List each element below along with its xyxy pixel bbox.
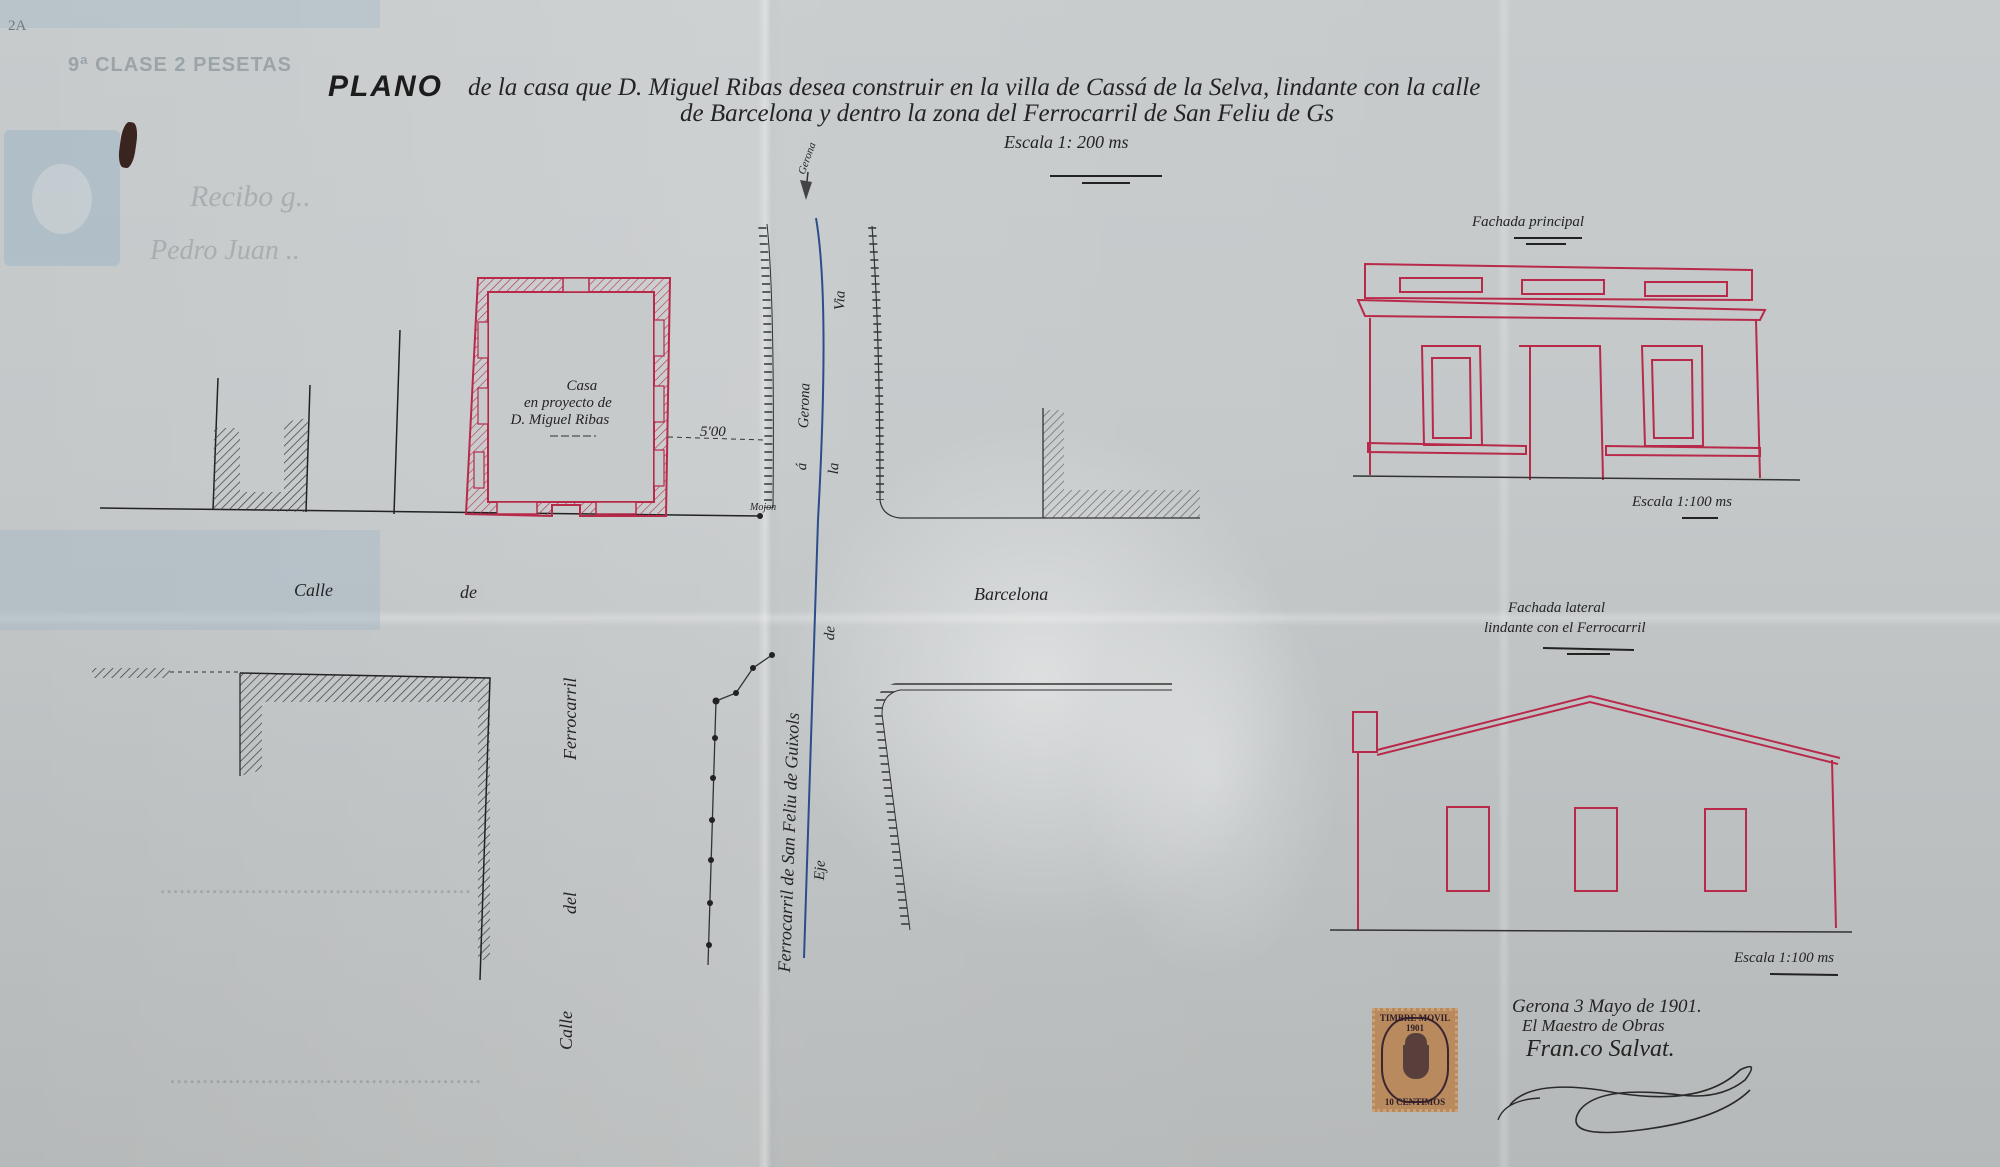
front-elevation [1353, 238, 1800, 518]
side-elevation-subtitle: lindante con el Ferrocarril [1484, 620, 1646, 637]
street-barcelona: Barcelona [974, 584, 1048, 605]
side-elevation-scale: Escala 1:100 ms [1734, 950, 1834, 967]
side-elevation [1330, 648, 1852, 975]
house-label-line: en proyecto de [524, 395, 612, 412]
boundary-markers [706, 513, 775, 965]
axis-eje: Eje [812, 860, 830, 881]
tax-stamp-top: TIMBRE MOVIL 1901 [1375, 1013, 1455, 1033]
street-calle-vertical: Calle [556, 1011, 577, 1050]
signature-name: Fran.co Salvat. [1526, 1036, 1675, 1063]
street-de: de [460, 582, 477, 603]
axis-via: Via [832, 290, 850, 310]
street-calle: Calle [294, 580, 333, 601]
front-elevation-scale: Escala 1:100 ms [1632, 494, 1732, 511]
street-del: del [560, 892, 581, 914]
dimension-label: 5'00 [700, 424, 726, 441]
mojon-label: Mojon [750, 502, 776, 513]
street-ferrocarril: Ferrocarril [560, 678, 581, 760]
house-label: Casa en proyecto de D. Miguel Ribas [552, 378, 612, 429]
tax-stamp-bottom: 10 CENTIMOS [1375, 1097, 1455, 1107]
axis-de: de [822, 626, 839, 641]
signature-role: El Maestro de Obras [1522, 1016, 1664, 1036]
signature-place-date: Gerona 3 Mayo de 1901. [1512, 996, 1702, 1018]
front-elevation-title: Fachada principal [1472, 214, 1584, 231]
axis-la: la [826, 462, 843, 474]
house-label-line: Casa [552, 378, 612, 395]
tax-stamp: TIMBRE MOVIL 1901 10 CENTIMOS [1372, 1008, 1458, 1112]
gerona-label: Gerona [796, 383, 815, 429]
side-elevation-title: Fachada lateral [1508, 600, 1605, 617]
a-label: á [794, 463, 811, 471]
house-label-line: D. Miguel Ribas [508, 412, 612, 429]
